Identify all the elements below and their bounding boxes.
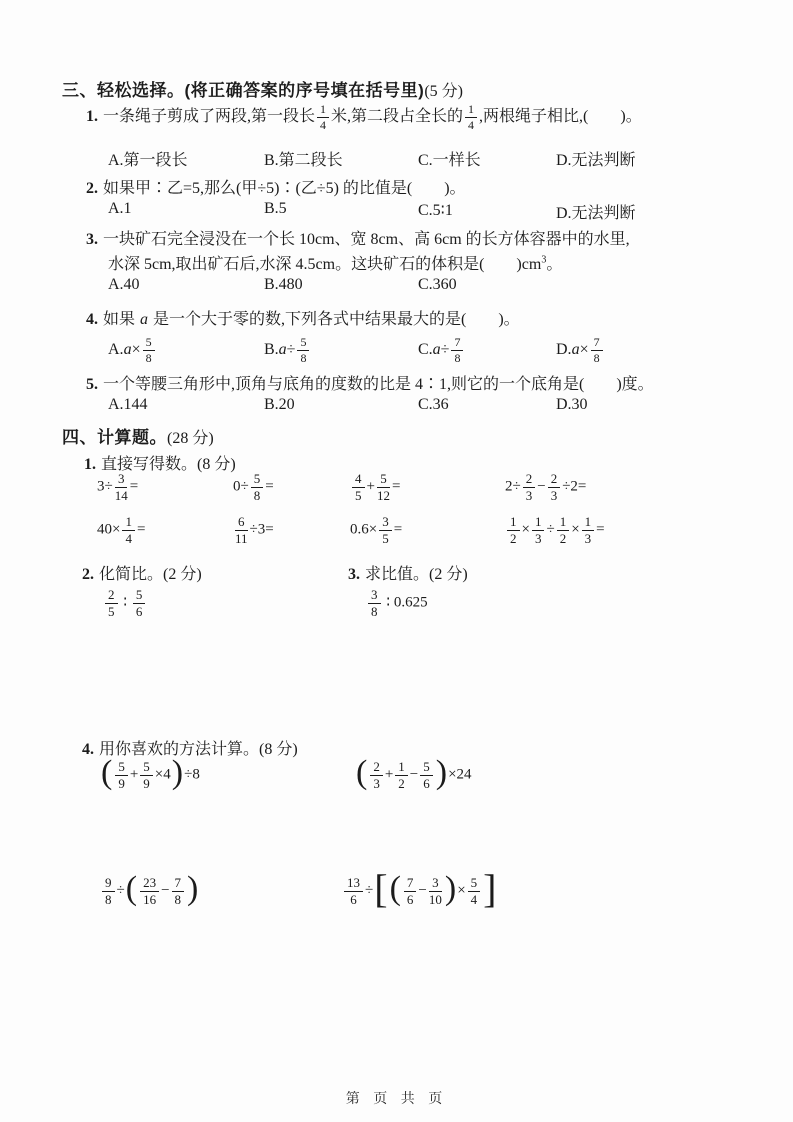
expression: (59+59×4)÷8 bbox=[100, 760, 200, 790]
option-d: D.无法判断 bbox=[556, 200, 636, 223]
question-5-options: A.144 B.20 C.36 D.30 bbox=[0, 396, 793, 422]
expression: 45+512= bbox=[350, 472, 400, 502]
question-2-text: 如果甲∶乙=5,那么(甲÷5)∶(乙÷5) 的比值是( )。 bbox=[103, 180, 466, 197]
option-d: D.30 bbox=[556, 396, 588, 414]
expression: 40×14= bbox=[97, 515, 145, 545]
subquestion-3-number: 3. bbox=[348, 566, 360, 583]
question-3-text-line2: 水深 5cm,取出矿石后,水深 4.5cm。这块矿石的体积是( )cm3。 bbox=[108, 256, 562, 273]
worksheet-page: { "doc": { "footer": "第 页 共 页" }, "sec3"… bbox=[0, 0, 793, 1122]
question-1-text: 一条绳子剪成了两段,第一段长14米,第二段占全长的14,两根绳子相比,( )。 bbox=[103, 108, 642, 125]
ratio-value-expression: 38 ∶ 0.625 bbox=[366, 588, 428, 618]
expression: 12×13÷12×13= bbox=[505, 515, 605, 545]
question-3-options: A.40 B.480 C.360 bbox=[0, 276, 793, 302]
simplify-ratio-expression: 25 ∶ 56 bbox=[103, 588, 147, 618]
method-calc-row-2: 98÷(2316−78) 136÷[(76−310)×54] bbox=[0, 876, 793, 920]
question-2-number: 2. bbox=[86, 180, 98, 197]
option-c: C.5∶1 bbox=[418, 200, 453, 220]
question-5-stem: 5.一个等腰三角形中,顶角与底角的度数的比是 4∶1,则它的一个底角是( )度。 bbox=[86, 371, 654, 394]
option-b: B.20 bbox=[264, 396, 295, 414]
question-1-options: A.第一段长 B.第二段长 C.一样长 D.无法判断 bbox=[0, 147, 793, 173]
question-3-stem-line1: 3.一块矿石完全浸没在一个长 10cm、宽 8cm、高 6cm 的长方体容器中的… bbox=[86, 226, 630, 249]
question-3-text-line1: 一块矿石完全浸没在一个长 10cm、宽 8cm、高 6cm 的长方体容器中的水里… bbox=[103, 231, 630, 248]
expression: 2÷23−23÷2= bbox=[505, 472, 586, 502]
expression: 0÷58= bbox=[233, 472, 274, 502]
subquestion-2-text: 化简比。(2 分) bbox=[99, 566, 202, 583]
question-2-options: A.1 B.5 C.5∶1 D.无法判断 bbox=[0, 200, 793, 226]
option-c: C.360 bbox=[418, 276, 457, 294]
option-a: A.40 bbox=[108, 276, 140, 294]
option-b: B.a÷58 bbox=[264, 336, 311, 364]
subquestion-1-title: 1.直接写得数。(8 分) bbox=[84, 451, 236, 474]
expression: 611÷3= bbox=[233, 515, 274, 545]
page-footer: 第 页 共 页 bbox=[0, 1088, 793, 1108]
subquestion-2-number: 2. bbox=[82, 566, 94, 583]
expression: 98÷(2316−78) bbox=[100, 876, 199, 906]
option-a: A.第一段长 bbox=[108, 147, 188, 170]
expression: (23+12−56)×24 bbox=[355, 760, 472, 790]
question-4-options: A.a×58 B.a÷58 C.a÷78 D.a×78 bbox=[0, 328, 793, 372]
option-b: B.5 bbox=[264, 200, 287, 218]
subquestion-3-title: 3.求比值。(2 分) bbox=[348, 561, 468, 584]
question-1-number: 1. bbox=[86, 108, 98, 125]
question-5-text: 一个等腰三角形中,顶角与底角的度数的比是 4∶1,则它的一个底角是( )度。 bbox=[103, 376, 654, 393]
question-4-number: 4. bbox=[86, 311, 98, 328]
option-a: A.144 bbox=[108, 396, 148, 414]
subquestion-2-title: 2.化简比。(2 分) bbox=[82, 561, 202, 584]
section-4-title-text: 四、计算题。 bbox=[62, 428, 167, 447]
subquestion-4-title: 4.用你喜欢的方法计算。(8 分) bbox=[82, 736, 298, 759]
question-3-number: 3. bbox=[86, 231, 98, 248]
mental-math-row-2: 40×14= 611÷3= 0.6×35= 12×13÷12×13= bbox=[0, 515, 793, 559]
section-3-title-text: 三、轻松选择。(将正确答案的序号填在括号里) bbox=[62, 81, 424, 100]
subquestion-3-text: 求比值。(2 分) bbox=[365, 566, 468, 583]
method-calc-row-1: (59+59×4)÷8 (23+12−56)×24 bbox=[0, 760, 793, 804]
question-4-text: 如果 a 是一个大于零的数,下列各式中结果最大的是( )。 bbox=[103, 311, 520, 328]
subquestion-4-text: 用你喜欢的方法计算。(8 分) bbox=[99, 741, 298, 758]
option-c: C.36 bbox=[418, 396, 449, 414]
option-a: A.a×58 bbox=[108, 336, 157, 364]
option-d: D.无法判断 bbox=[556, 147, 636, 170]
section-3-score: (5 分) bbox=[424, 83, 463, 100]
question-4-stem: 4.如果 a 是一个大于零的数,下列各式中结果最大的是( )。 bbox=[86, 306, 520, 329]
expression: 136÷[(76−310)×54] bbox=[342, 876, 497, 906]
question-1-stem: 1.一条绳子剪成了两段,第一段长14米,第二段占全长的14,两根绳子相比,( )… bbox=[86, 103, 642, 131]
subquestion-1-number: 1. bbox=[84, 456, 96, 473]
section-4-score: (28 分) bbox=[167, 430, 214, 447]
subquestion-4-number: 4. bbox=[82, 741, 94, 758]
expression: 0.6×35= bbox=[350, 515, 402, 545]
option-b: B.第二段长 bbox=[264, 147, 343, 170]
expression: 3÷314= bbox=[97, 472, 138, 502]
option-d: D.a×78 bbox=[556, 336, 605, 364]
section-4-title: 四、计算题。(28 分) bbox=[62, 423, 214, 448]
option-a: A.1 bbox=[108, 200, 132, 218]
question-5-number: 5. bbox=[86, 376, 98, 393]
question-3-stem-line2: 水深 5cm,取出矿石后,水深 4.5cm。这块矿石的体积是( )cm3。 bbox=[108, 251, 562, 274]
option-c: C.a÷78 bbox=[418, 336, 465, 364]
option-b: B.480 bbox=[264, 276, 303, 294]
question-2-stem: 2.如果甲∶乙=5,那么(甲÷5)∶(乙÷5) 的比值是( )。 bbox=[86, 175, 466, 198]
section-3-title: 三、轻松选择。(将正确答案的序号填在括号里)(5 分) bbox=[62, 76, 463, 101]
option-c: C.一样长 bbox=[418, 147, 481, 170]
mental-math-row-1: 3÷314= 0÷58= 45+512= 2÷23−23÷2= bbox=[0, 472, 793, 516]
